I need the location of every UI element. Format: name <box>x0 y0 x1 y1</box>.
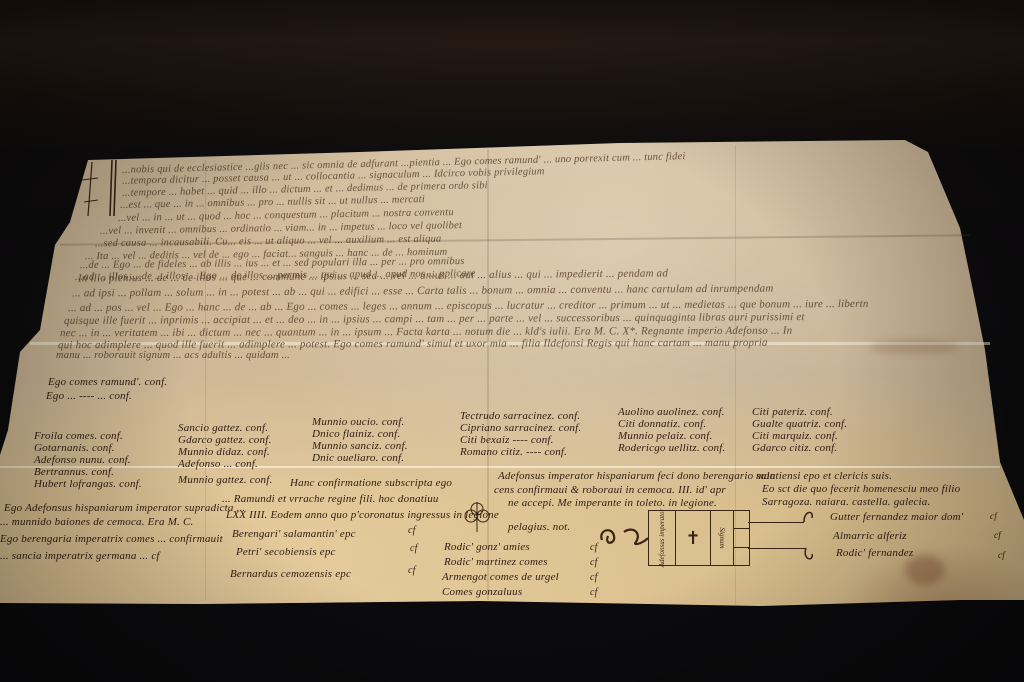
witness-line: Adefonso ... conf. <box>178 458 272 470</box>
imperial-confirmation-line: cens confirmaui & roboraui in cemoca. II… <box>494 484 726 496</box>
witness-line: Gotarnanis. conf. <box>34 442 142 454</box>
witness-column-3: Munnio oucio. conf. Dnico flainiz. conf.… <box>312 416 408 464</box>
charter-parchment: ...nobis qui de ecclesiastice ...giis ne… <box>0 0 1024 682</box>
bishop-mark: cf <box>410 543 418 554</box>
cross-icon: ✝ <box>685 528 700 549</box>
signum-center-cell: ✝ <box>676 511 711 565</box>
official-mark: cf <box>994 530 1001 540</box>
confirmation-line: LXX IIII. Eodem anno quo p'coronatus ing… <box>226 509 499 521</box>
bracket-line <box>748 548 806 549</box>
royal-signum: Adefonsus imperator ✝ Signum <box>648 510 750 566</box>
witness-line: Gualte quatriz. conf. <box>752 418 847 430</box>
bishop-mark: cf <box>408 565 416 576</box>
witness-line: Dnico flainiz. conf. <box>312 428 408 440</box>
official-mark: cf <box>998 550 1005 560</box>
witness-line: Citi bexaiz ---- conf. <box>460 434 581 446</box>
count-name: Armengot comes de urgel <box>442 571 559 583</box>
signum-grid <box>734 511 749 565</box>
witness-line: Froila comes. conf. <box>34 430 142 442</box>
witness-line: Munnio sanciz. conf. <box>312 440 408 452</box>
count-mark: cf <box>590 542 598 553</box>
witness-line: Citi pateriz. conf. <box>752 406 847 418</box>
signum-right-label: Signum <box>718 528 726 549</box>
scribe-name: pelagius. not. <box>508 521 570 533</box>
official-name: Almarric alferiz <box>833 530 907 542</box>
imperial-confirmation-line: Adefonsus imperator hispaniarum feci don… <box>498 470 775 482</box>
knot-symbol-icon <box>462 500 492 534</box>
confirmation-line: ... Ramundi et vrrache regine fili. hoc … <box>222 493 439 505</box>
bishop-name: Bernardus cemozensis epc <box>230 568 351 580</box>
witness-column-4: Tectrudo sarracinez. conf. Cipriano sarr… <box>460 410 581 458</box>
witness-line: Romano citiz. ---- conf. <box>460 446 581 458</box>
witness-line: Gdarco gattez. conf. <box>178 434 272 446</box>
subscription-line: ... munnido baiones de cemoca. Era M. C. <box>0 516 193 528</box>
bishop-name: Berengari' salamantin' epc <box>232 528 356 540</box>
witness-line: Auolino auolinez. conf. <box>618 406 725 418</box>
witness-line: Munnio oucio. conf. <box>312 416 408 428</box>
confirmation-right-line: mantiensi epo et clericis suis. <box>756 470 892 482</box>
witness-line: Sancio gattez. conf. <box>178 422 272 434</box>
witness-line: Rodericgo uellitz. conf. <box>618 442 725 454</box>
imperial-confirmation-line: ne accepi. Me imperante in toleto. in le… <box>508 497 717 509</box>
confirmation-right-line: Sarragoza. naiara. castella. galecia. <box>762 496 930 508</box>
witness-line: Adefonso nunu. conf. <box>34 454 142 466</box>
count-mark: cf <box>590 572 598 583</box>
witness-line: Dnic oueliaro. conf. <box>312 452 408 464</box>
flourish-icon <box>598 522 648 550</box>
confirmation-right-line: Eo sct die quo fecerit homenesciu meo fi… <box>762 483 960 495</box>
charter-body-line: manu ... roborauit signum ... acs adulti… <box>56 350 290 361</box>
official-mark: cf <box>990 511 997 521</box>
confirmation-line: Hanc confirmatione subscripta ego <box>290 477 452 489</box>
signum-right-cell: Signum <box>711 511 734 565</box>
witness-line: Munnio gattez. conf. <box>178 474 272 486</box>
witness-line: Munnio didaz. conf. <box>178 446 272 458</box>
fold-line <box>0 466 1000 468</box>
count-name: Comes gonzaluus <box>442 586 522 598</box>
count-mark: cf <box>590 587 598 598</box>
witness-column-6: Citi pateriz. conf. Gualte quatriz. conf… <box>752 406 847 454</box>
chrismon-monogram-icon <box>78 160 124 218</box>
bracket-line <box>748 522 804 523</box>
count-mark: cf <box>590 557 598 568</box>
witness-line: Munnio pelaiz. conf. <box>618 430 725 442</box>
witness-line: Ego ... ---- ... conf. <box>46 390 132 402</box>
official-name: Rodic' fernandez <box>836 547 913 559</box>
bracket-hook-icon <box>800 504 816 564</box>
witness-line: Citi donnatiz. conf. <box>618 418 725 430</box>
count-name: Rodic' martinez comes <box>444 556 548 568</box>
witness-line: Citi marquiz. conf. <box>752 430 847 442</box>
witness-line: Gdarco citiz. conf. <box>752 442 847 454</box>
bishop-name: Petri' secobiensis epc <box>236 546 336 558</box>
witness-line: Tectrudo sarracinez. conf. <box>460 410 581 422</box>
signum-left-cell: Adefonsus imperator <box>649 511 676 565</box>
subscription-line: Ego Adefonsus hispaniarum imperator supr… <box>4 502 245 514</box>
witness-line: Bertrannus. conf. <box>34 466 142 478</box>
signum-left-label: Adefonsus imperator <box>658 509 666 568</box>
count-name: Rodic' gonz' amies <box>444 541 530 553</box>
bishop-mark: cf <box>408 525 416 536</box>
witness-column-5: Auolino auolinez. conf. Citi donnatiz. c… <box>618 406 725 454</box>
stain <box>870 340 960 354</box>
official-name: Gutter fernandez maior dom' <box>830 511 963 523</box>
stain <box>905 555 945 585</box>
witness-column-1: Froila comes. conf. Gotarnanis. conf. Ad… <box>34 430 142 490</box>
witness-line: Hubert lofrangas. conf. <box>34 478 142 490</box>
witness-line: Cipriano sarracinez. conf. <box>460 422 581 434</box>
witness-line: Ego comes ramund'. conf. <box>48 376 167 388</box>
subscription-line: ... sancia imperatrix germana ... cf <box>0 550 160 562</box>
witness-column-2: Sancio gattez. conf. Gdarco gattez. conf… <box>178 422 272 486</box>
subscription-line: Ego berengaria imperatrix comes ... conf… <box>0 533 223 545</box>
